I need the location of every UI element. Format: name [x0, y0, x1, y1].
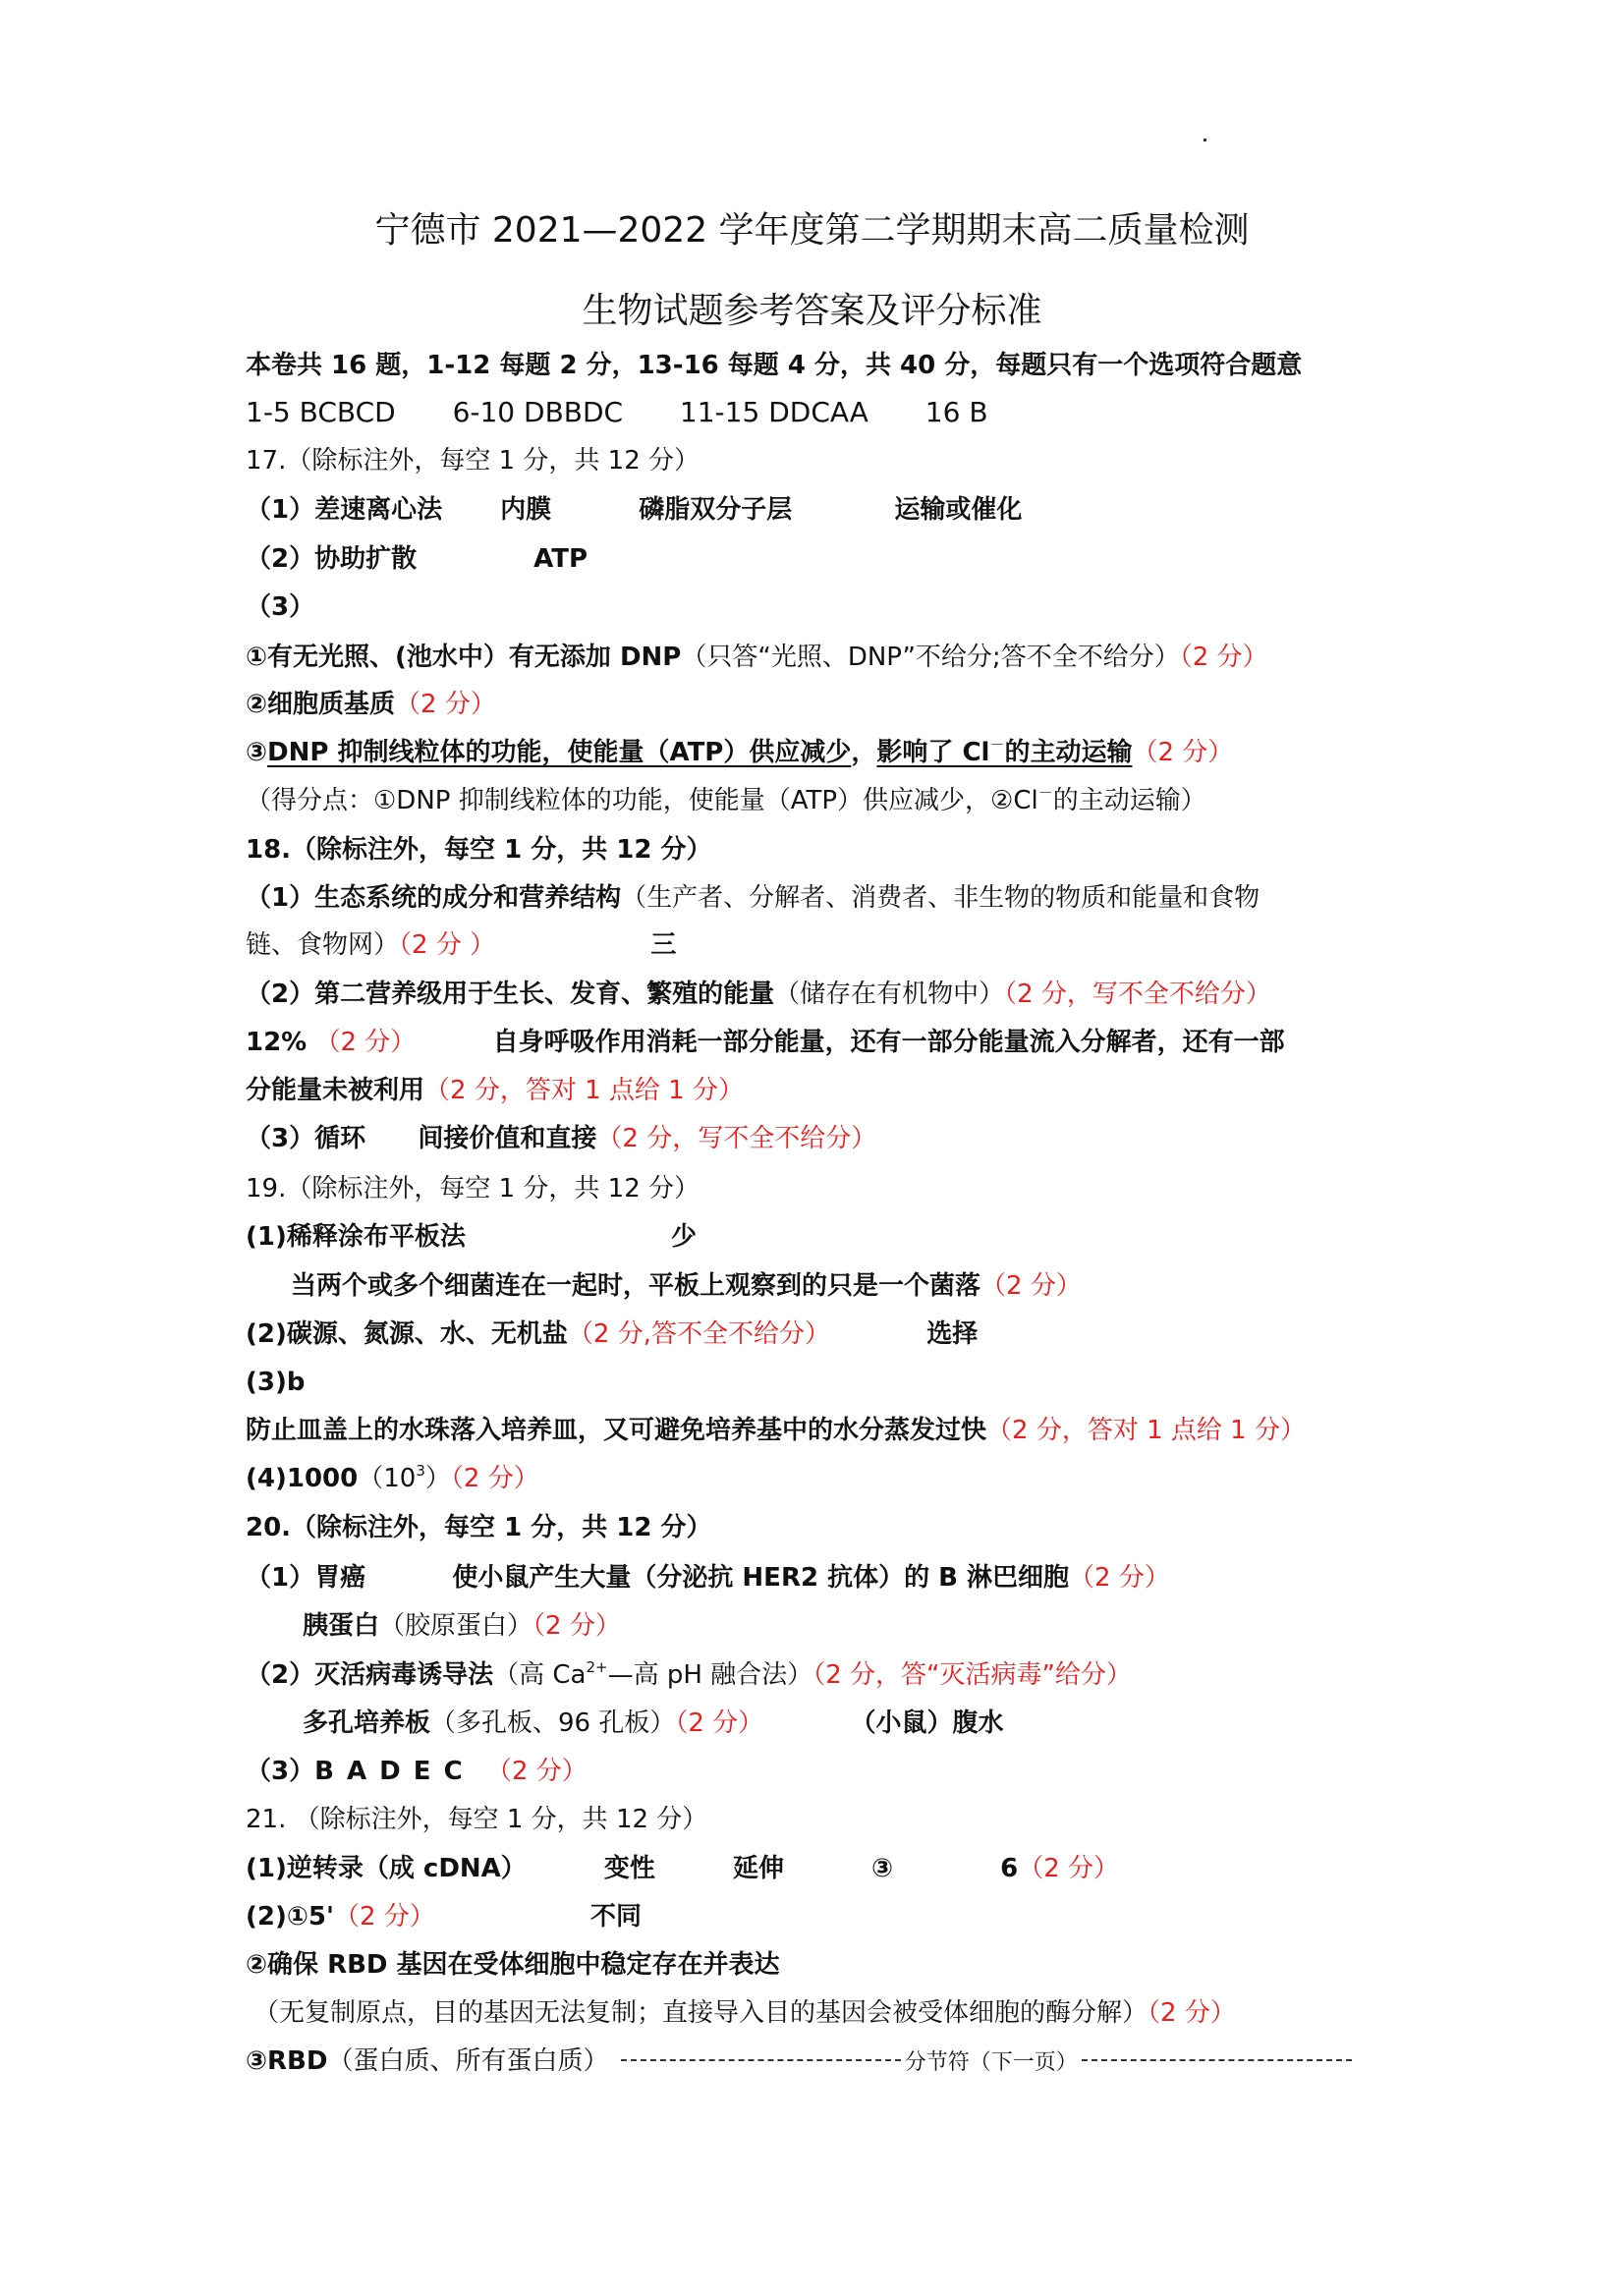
- part-label: (2): [246, 1319, 287, 1349]
- answer: 使小鼠产生大量（分泌抗 HER2 抗体）的 B 淋巴细胞: [452, 1563, 1069, 1593]
- q18-part3: （3）循环 间接价值和直接（2 分，写不全不给分）: [246, 1122, 876, 1155]
- score: （2 分）: [486, 1757, 588, 1786]
- q17-part2: （2）协助扩散 ATP: [246, 542, 588, 576]
- superscript: 2+: [586, 1658, 607, 1676]
- score: （2 分，写不全不给分）: [596, 1124, 876, 1153]
- answer: b: [287, 1368, 306, 1397]
- part-label: （3）: [246, 1124, 314, 1153]
- answer: B A D E C: [314, 1757, 465, 1786]
- note: （胶原蛋白）: [379, 1611, 532, 1641]
- answer: 变性: [604, 1854, 655, 1883]
- section-break-label: 分节符（下一页）: [905, 2050, 1078, 2075]
- part-label: (1): [246, 1222, 287, 1252]
- part-label: （1）: [246, 495, 314, 525]
- choice-answer: BCBCD: [300, 396, 396, 428]
- answer: ①有无光照、(池水中）有无添加 DNP: [246, 643, 681, 672]
- part-label: （2）: [246, 544, 314, 574]
- q21-sub2-note: （无复制原点，目的基因无法复制；直接导入目的基因会被受体细胞的酶分解）（2 分）: [253, 1996, 1236, 2030]
- choice-range: 1-5: [246, 396, 291, 428]
- choice-range: 16: [925, 396, 961, 428]
- intro-text: 本卷共 16 题，1-12 每题 2 分，13-16 每题 4 分，共 40 分…: [246, 349, 1302, 382]
- answer: （小鼠）腹水: [850, 1708, 1003, 1738]
- q19-part4: (4)1000（103）（2 分）: [246, 1462, 539, 1495]
- note: （10: [358, 1464, 416, 1493]
- score: （2 分，答“灭活病毒”给分）: [812, 1660, 1132, 1690]
- q17-sub3: ③DNP 抑制线粒体的功能，使能量（ATP）供应减少，影响了 Cl－的主动运输（…: [246, 736, 1233, 769]
- note: （生产者、分解者、消费者、非生物的物质和能量和食物: [621, 883, 1260, 913]
- section-break-line: [621, 2059, 901, 2061]
- choice-answers: 1-5 BCBCD 6-10 DBBDC 11-15 DDCAA 16 B: [246, 396, 988, 429]
- choice-range: 6-10: [453, 396, 516, 428]
- answer: 运输或催化: [894, 495, 1022, 525]
- scan-dot: [1204, 139, 1206, 141]
- score: （2 分）: [980, 1271, 1082, 1301]
- note: （得分点：①DNP 抑制线粒体的功能，使能量（ATP）供应减少，②Cl: [246, 786, 1038, 815]
- answer-text: 的主动运输: [1004, 738, 1132, 767]
- q19-part1-cont: 当两个或多个细菌连在一起时，平板上观察到的只是一个菌落（2 分）: [291, 1269, 1082, 1303]
- superscript: －: [1038, 784, 1053, 802]
- answer: 磷脂双分子层: [639, 495, 792, 525]
- q18-part2b: 12% （2 分） 自身呼吸作用消耗一部分能量，还有一部分能量流入分解者，还有一…: [246, 1026, 1285, 1059]
- answer: 当两个或多个细菌连在一起时，平板上观察到的只是一个菌落: [291, 1271, 980, 1301]
- answer: ③RBD: [246, 2046, 327, 2076]
- q19-part3: (3)b: [246, 1366, 305, 1399]
- note: （多孔板、96 孔板）: [430, 1708, 675, 1738]
- note: 的主动运输）: [1053, 786, 1206, 815]
- part-label: （1）: [246, 1563, 314, 1593]
- score: （2 分）: [1018, 1854, 1119, 1883]
- answer: 碳源、氮源、水、无机盐: [287, 1319, 568, 1349]
- score: （2 分，答对 1 点给 1 分）: [424, 1076, 744, 1105]
- score: （2 分，答对 1 点给 1 分）: [986, 1416, 1306, 1445]
- q18-part2b-cont: 分能量未被利用（2 分，答对 1 点给 1 分）: [246, 1074, 744, 1107]
- answer: 生态系统的成分和营养结构: [314, 883, 621, 913]
- q19-part3-cont: 防止皿盖上的水珠落入培养皿，又可避免培养基中的水分蒸发过快（2 分，答对 1 点…: [246, 1414, 1306, 1447]
- superscript: －: [989, 736, 1004, 754]
- answer: 协助扩散: [314, 544, 417, 574]
- part-label: (4): [246, 1464, 287, 1493]
- superscript: 3: [416, 1462, 425, 1480]
- answer-underlined: DNP 抑制线粒体的功能，使能量（ATP）供应减少: [267, 738, 851, 767]
- document-subtitle: 生物试题参考答案及评分标准: [0, 283, 1624, 333]
- answer: 循环: [314, 1124, 365, 1153]
- answer: 灭活病毒诱导法: [314, 1660, 493, 1690]
- answer: ②细胞质基质: [246, 690, 395, 719]
- note: （蛋白质、所有蛋白质）: [327, 2046, 608, 2076]
- q18-part1-cont: 链、食物网）（2 分 ） 三: [246, 928, 676, 962]
- answer: 1000: [287, 1464, 358, 1493]
- q20-part3: （3）B A D E C （2 分）: [246, 1755, 588, 1788]
- answer: 胃癌: [314, 1563, 365, 1593]
- answer: 选择: [926, 1319, 978, 1349]
- answer: 胰蛋白: [303, 1611, 379, 1641]
- q20-part2: （2）灭活病毒诱导法（高 Ca2+—高 pH 融合法）（2 分，答“灭活病毒”给…: [246, 1658, 1132, 1692]
- score: （2 分）: [395, 690, 496, 719]
- q17-header: 17.（除标注外，每空 1 分，共 12 分）: [246, 444, 700, 477]
- score: （2 分）: [451, 1464, 539, 1493]
- circle-number: ③: [246, 738, 267, 767]
- q17-part1: （1）差速离心法 内膜 磷脂双分子层 运输或催化: [246, 493, 1022, 527]
- part-label: （2）: [246, 1660, 314, 1690]
- note: （储存在有机物中）: [774, 980, 1004, 1009]
- q20-part1-cont: 胰蛋白（胶原蛋白）（2 分）: [303, 1609, 621, 1643]
- answer: 稀释涂布平板法: [287, 1222, 466, 1252]
- answer-underlined: 影响了 Cl－的主动运输: [876, 738, 1132, 767]
- answer: 少: [671, 1222, 697, 1252]
- document-title: 宁德市 2021—2022 学年度第二学期期末高二质量检测: [0, 202, 1624, 252]
- score: （2 分 ）: [399, 930, 495, 960]
- choice-answer: DDCAA: [768, 396, 868, 428]
- q21-part1: (1)逆转录（成 cDNA） 变性 延伸 ③ 6（2 分）: [246, 1852, 1119, 1885]
- part-label: （1）: [246, 883, 314, 913]
- separator: ，: [851, 738, 876, 767]
- section-break-line: [1082, 2059, 1352, 2061]
- note: （高 Ca: [493, 1660, 586, 1690]
- note: 链、食物网）: [246, 930, 399, 960]
- answer: 差速离心法: [314, 495, 442, 525]
- part-label: （3）: [246, 1757, 314, 1786]
- score: （2 分）: [1069, 1563, 1170, 1593]
- q21-part2: (2)①5'（2 分） 不同: [246, 1900, 642, 1933]
- part-label: (1): [246, 1854, 287, 1883]
- note: —高 pH 融合法）: [608, 1660, 813, 1690]
- note: （无复制原点，目的基因无法复制；直接导入目的基因会被受体细胞的酶分解）: [253, 1998, 1148, 2028]
- score: （2 分，写不全不给分）: [1004, 980, 1271, 1009]
- q17-sub2: ②细胞质基质（2 分）: [246, 688, 496, 721]
- q20-part1: （1）胃癌 使小鼠产生大量（分泌抗 HER2 抗体）的 B 淋巴细胞（2 分）: [246, 1561, 1170, 1595]
- answer: 分能量未被利用: [246, 1076, 424, 1105]
- score: （2 分）: [1132, 738, 1233, 767]
- score: （2 分）: [1180, 643, 1268, 672]
- q21-sub2: ②确保 RBD 基因在受体细胞中稳定存在并表达: [246, 1948, 780, 1982]
- q21-sub3: ③RBD（蛋白质、所有蛋白质） 分节符（下一页）: [246, 2044, 1356, 2080]
- answer: 不同: [590, 1902, 642, 1932]
- score: （2 分）: [1148, 1998, 1236, 2028]
- q18-header: 18.（除标注外，每空 1 分，共 12 分）: [246, 833, 712, 867]
- answer: 三: [650, 930, 676, 960]
- answer: 第二营养级用于生长、发育、繁殖的能量: [314, 980, 774, 1009]
- answer: 内膜: [500, 495, 551, 525]
- q20-header: 20.（除标注外，每空 1 分，共 12 分）: [246, 1511, 712, 1544]
- score: （2 分）: [675, 1708, 763, 1738]
- q21-header: 21. （除标注外，每空 1 分，共 12 分）: [246, 1803, 707, 1836]
- answer: 自身呼吸作用消耗一部分能量，还有一部分能量流入分解者，还有一部: [493, 1028, 1285, 1057]
- score: （2 分）: [334, 1902, 435, 1932]
- answer: 12%: [246, 1028, 307, 1057]
- part-label: (2): [246, 1902, 287, 1932]
- score: （2 分,答不全不给分）: [568, 1319, 830, 1349]
- answer-text: 影响了 Cl: [876, 738, 989, 767]
- answer: ATP: [533, 544, 588, 574]
- answer: 延伸: [733, 1854, 784, 1883]
- q19-header: 19.（除标注外，每空 1 分，共 12 分）: [246, 1172, 700, 1205]
- note: （只答“光照、DNP”不给分;答不全不给分）: [681, 643, 1179, 672]
- choice-answer: DBBDC: [524, 396, 623, 428]
- answer: ①5': [287, 1902, 334, 1932]
- answer: 6: [1000, 1854, 1018, 1883]
- q19-part2: (2)碳源、氮源、水、无机盐（2 分,答不全不给分） 选择: [246, 1317, 978, 1351]
- score: （2 分）: [315, 1028, 417, 1057]
- choice-range: 11-15: [680, 396, 759, 428]
- answer: 多孔培养板: [303, 1708, 430, 1738]
- q17-scoring-points: （得分点：①DNP 抑制线粒体的功能，使能量（ATP）供应减少，②Cl－的主动运…: [246, 784, 1206, 817]
- q17-sub1: ①有无光照、(池水中）有无添加 DNP（只答“光照、DNP”不给分;答不全不给分…: [246, 641, 1268, 674]
- q18-part2: （2）第二营养级用于生长、发育、繁殖的能量（储存在有机物中）（2 分，写不全不给…: [246, 978, 1271, 1011]
- score: （2 分）: [532, 1611, 621, 1641]
- part-label: (3): [246, 1368, 287, 1397]
- q17-part3-label: （3）: [246, 590, 314, 624]
- q20-part2-cont: 多孔培养板（多孔板、96 孔板）（2 分） （小鼠）腹水: [303, 1707, 1003, 1740]
- q18-part1: （1）生态系统的成分和营养结构（生产者、分解者、消费者、非生物的物质和能量和食物: [246, 881, 1260, 915]
- part-label: （2）: [246, 980, 314, 1009]
- answer: 防止皿盖上的水珠落入培养皿，又可避免培养基中的水分蒸发过快: [246, 1416, 986, 1445]
- answer: 间接价值和直接: [418, 1124, 596, 1153]
- q19-part1: (1)稀释涂布平板法 少: [246, 1220, 697, 1254]
- answer: 逆转录（成 cDNA）: [287, 1854, 527, 1883]
- note: ）: [425, 1464, 451, 1493]
- answer: ③: [871, 1854, 893, 1883]
- choice-answer: B: [969, 396, 987, 428]
